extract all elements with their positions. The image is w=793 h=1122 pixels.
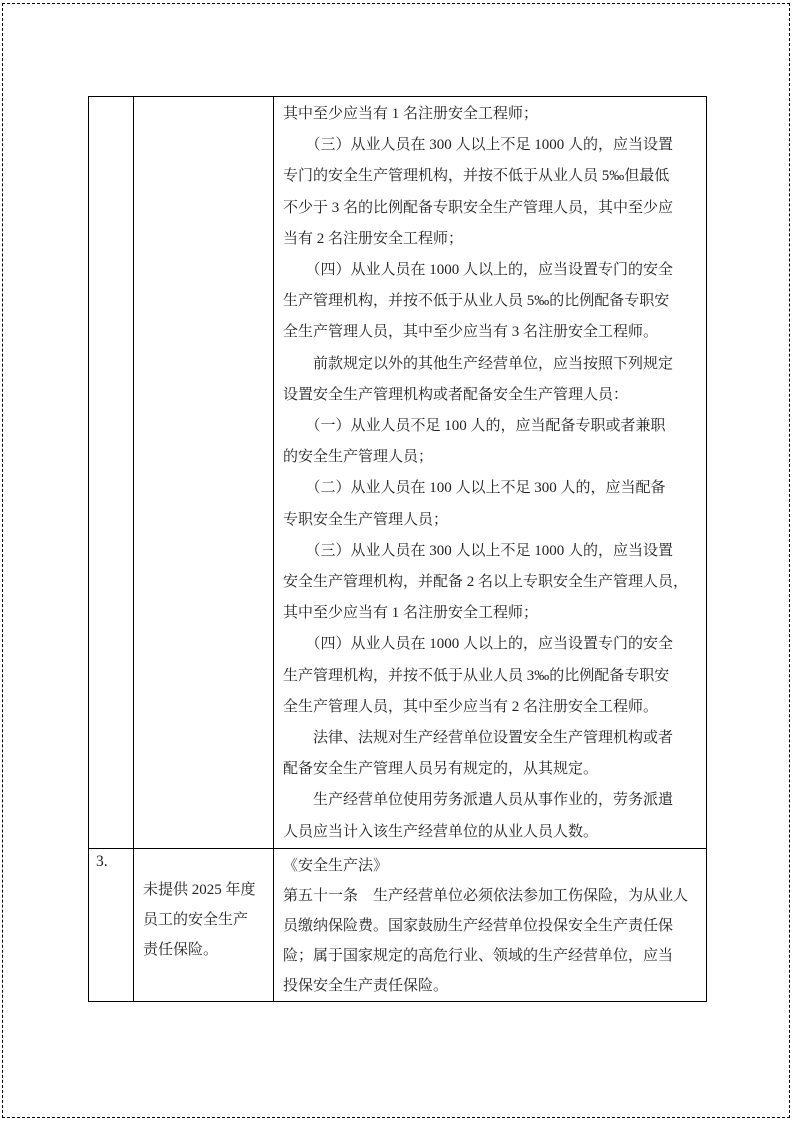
legal-basis-text: 其中至少应当有 1 名注册安全工程师； （三）从业人员在 300 人以上不足 1… bbox=[283, 99, 698, 848]
legal-basis-text: 《安全生产法》 第五十一条 生产经营单位必须依法参加工伤保险，为从业人 员缴纳保… bbox=[283, 851, 698, 1001]
table-row-continued: 其中至少应当有 1 名注册安全工程师； （三）从业人员在 300 人以上不足 1… bbox=[89, 97, 707, 849]
legal-basis-cell: 其中至少应当有 1 名注册安全工程师； （三）从业人员在 300 人以上不足 1… bbox=[274, 97, 707, 849]
issue-description-text: 未提供 2025 年度 员工的安全生产 责任保险。 bbox=[143, 875, 267, 965]
table-row-item-3: 3. 未提供 2025 年度 员工的安全生产 责任保险。 《安全生产法》 第五十… bbox=[89, 848, 707, 1001]
issue-description-cell bbox=[134, 97, 274, 849]
row-number-cell bbox=[89, 97, 134, 849]
compliance-findings-table: 其中至少应当有 1 名注册安全工程师； （三）从业人员在 300 人以上不足 1… bbox=[88, 96, 707, 1002]
row-number-cell: 3. bbox=[89, 848, 134, 1001]
row-number: 3. bbox=[96, 853, 108, 870]
document-page: 其中至少应当有 1 名注册安全工程师； （三）从业人员在 300 人以上不足 1… bbox=[0, 0, 793, 1122]
issue-description-cell: 未提供 2025 年度 员工的安全生产 责任保险。 bbox=[134, 848, 274, 1001]
legal-basis-cell: 《安全生产法》 第五十一条 生产经营单位必须依法参加工伤保险，为从业人 员缴纳保… bbox=[274, 848, 707, 1001]
